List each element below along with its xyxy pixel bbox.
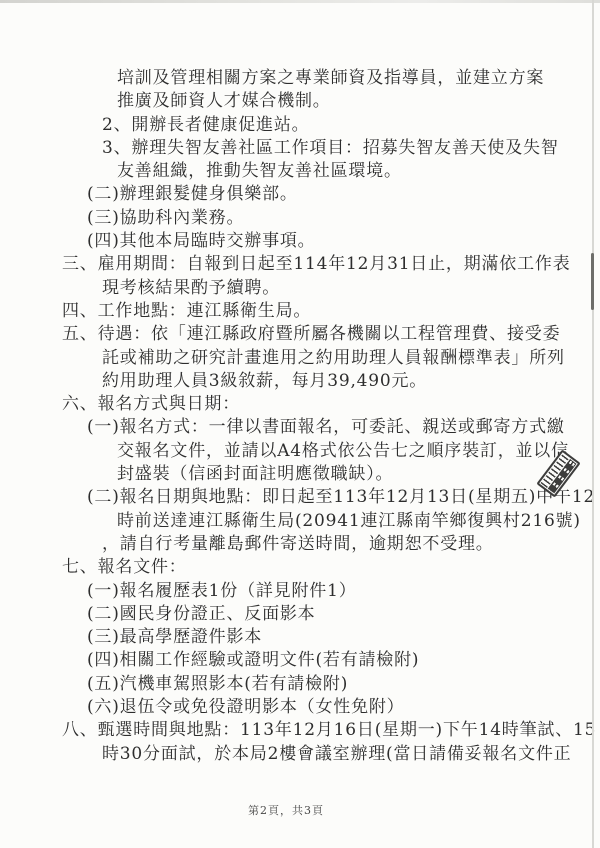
- doc-line: 六、報名方式與日期：: [0, 393, 600, 416]
- doc-line: ，請自行考量離島郵件寄送時間，逾期恕不受理。: [0, 533, 600, 556]
- doc-line: (四)其他本局臨時交辦事項。: [0, 230, 600, 253]
- doc-line: (二)辦理銀髮健身俱樂部。: [0, 183, 600, 206]
- doc-line: (三)協助科內業務。: [0, 207, 600, 230]
- scan-top-edge-artifact: [0, 0, 600, 3]
- doc-line: 託或補助之研究計畫進用之約用助理人員報酬標準表」所列: [0, 347, 600, 370]
- doc-line: 三、雇用期間：自報到日起至114年12月31日止，期滿依工作表: [0, 253, 600, 276]
- doc-line: (一)報名履歷表1份（詳見附件1）: [0, 580, 600, 603]
- doc-line: 四、工作地點：連江縣衛生局。: [0, 300, 600, 323]
- doc-line: (二)報名日期與地點：即日起至113年12月13日(星期五)中午12: [0, 486, 600, 509]
- page-footer: 第2頁，共3頁: [0, 802, 572, 818]
- doc-line: 時前送達連江縣衛生局(20941連江縣南竿鄉復興村216號): [0, 510, 600, 533]
- doc-line: (三)最高學歷證件影本: [0, 626, 600, 649]
- doc-line: 友善組織，推動失智友善社區環境。: [0, 160, 600, 183]
- doc-line: (一)報名方式：一律以書面報名，可委託、親送或郵寄方式繳: [0, 416, 600, 439]
- doc-line: 封盛裝（信函封面註明應徵職缺）。: [0, 463, 600, 486]
- doc-line: 現考核結果酌予續聘。: [0, 277, 600, 300]
- doc-line: 時30分面試，於本局2樓會議室辦理(當日請備妥報名文件正: [0, 743, 600, 766]
- doc-line: 八、甄選時間與地點：113年12月16日(星期一)下午14時筆試、15: [0, 719, 600, 742]
- doc-line: (六)退伍令或免役證明影本（女性免附）: [0, 696, 600, 719]
- doc-line: 推廣及師資人才媒合機制。: [0, 90, 600, 113]
- doc-line: 交報名文件，並請以A4格式依公告七之順序裝訂，並以信: [0, 440, 600, 463]
- scan-right-edge-dark-mark: [591, 253, 594, 310]
- doc-line: 3、辦理失智友善社區工作項目：招募失智友善天使及失智: [0, 137, 600, 160]
- doc-line: 七、報名文件：: [0, 556, 600, 579]
- scan-right-edge-artifact: [592, 0, 594, 848]
- doc-line: (五)汽機車駕照影本(若有請檢附): [0, 673, 600, 696]
- doc-line: 2、開辦長者健康促進站。: [0, 114, 600, 137]
- doc-line: (四)相關工作經驗或證明文件(若有請檢附): [0, 649, 600, 672]
- doc-line: 五、待遇：依「連江縣政府暨所屬各機關以工程管理費、接受委: [0, 323, 600, 346]
- doc-line: (二)國民身份證正、反面影本: [0, 603, 600, 626]
- doc-line: 約用助理人員3級敘薪，每月39,490元。: [0, 370, 600, 393]
- document-page: 培訓及管理相關方案之專業師資及指導員，並建立方案 推廣及師資人才媒合機制。 2、…: [0, 0, 600, 848]
- doc-line: 培訓及管理相關方案之專業師資及指導員，並建立方案: [0, 67, 600, 90]
- document-body: 培訓及管理相關方案之專業師資及指導員，並建立方案 推廣及師資人才媒合機制。 2、…: [0, 67, 600, 766]
